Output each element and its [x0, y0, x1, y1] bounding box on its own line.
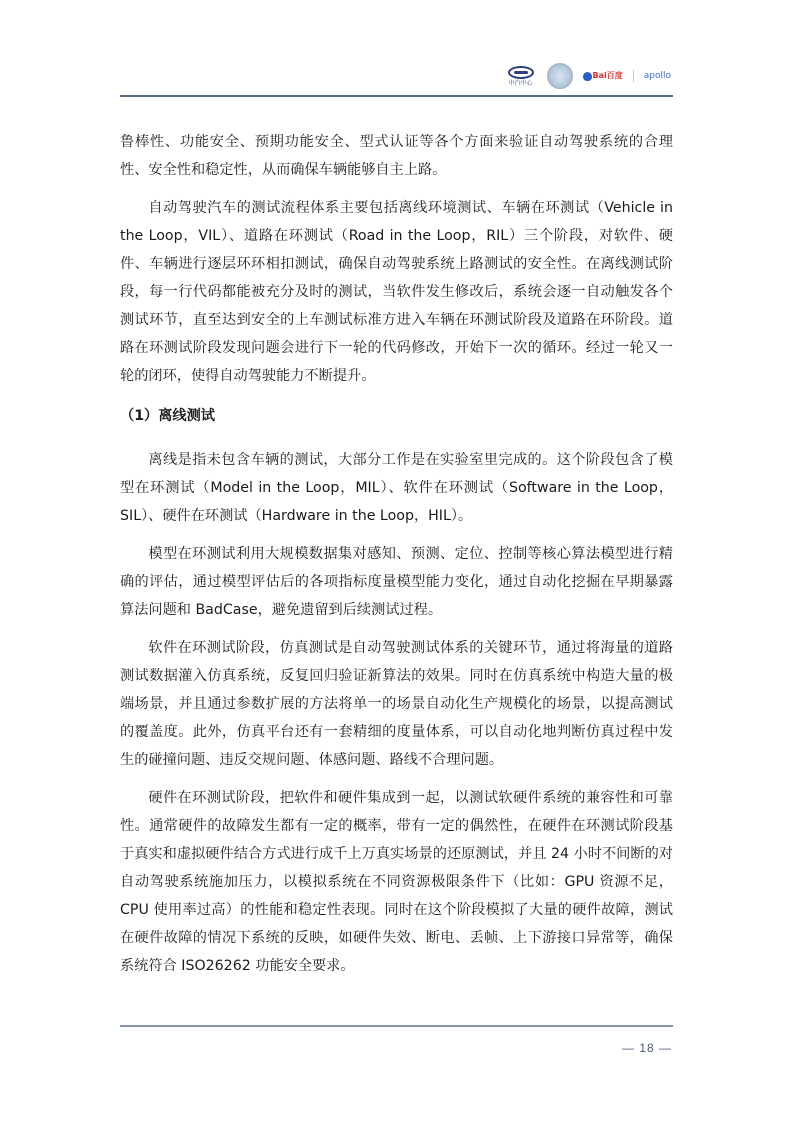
catarc-emblem-icon	[508, 66, 534, 79]
paragraph: 鲁棒性、功能安全、预期功能安全、型式认证等各个方面来验证自动驾驶系统的合理性、安…	[120, 128, 673, 184]
paragraph: 模型在环测试利用大规模数据集对感知、预测、定位、控制等核心算法模型进行精确的评估…	[120, 540, 673, 624]
paragraph: 自动驾驶汽车的测试流程体系主要包括离线环境测试、车辆在环测试（Vehicle i…	[120, 194, 673, 390]
baidu-paw-icon	[583, 72, 592, 81]
catarc-logo: 中汽中心	[505, 66, 537, 87]
baidu-logo-text: Bai百度	[593, 72, 623, 80]
catarc-logo-text: 中汽中心	[508, 81, 532, 87]
header-logos: 中汽中心 Bai百度 apollo	[505, 60, 672, 92]
apollo-logo: apollo	[644, 72, 671, 81]
paragraph: 硬件在环测试阶段，把软件和硬件集成到一起，以测试软硬件系统的兼容性和可靠性。通常…	[120, 784, 673, 980]
university-seal-logo	[547, 63, 573, 89]
document-body: 鲁棒性、功能安全、预期功能安全、型式认证等各个方面来验证自动驾驶系统的合理性、安…	[120, 128, 673, 990]
paragraph: 软件在环测试阶段，仿真测试是自动驾驶测试体系的关键环节，通过将海量的道路测试数据…	[120, 634, 673, 774]
logo-divider	[633, 70, 634, 82]
footer-rule	[120, 1025, 673, 1027]
page-number: — 18 —	[622, 1041, 672, 1055]
paragraph: 离线是指未包含车辆的测试，大部分工作是在实验室里完成的。这个阶段包含了模型在环测…	[120, 446, 673, 530]
baidu-logo: Bai百度	[583, 72, 623, 81]
header-rule	[120, 95, 673, 97]
section-heading: （1）离线测试	[120, 402, 673, 430]
